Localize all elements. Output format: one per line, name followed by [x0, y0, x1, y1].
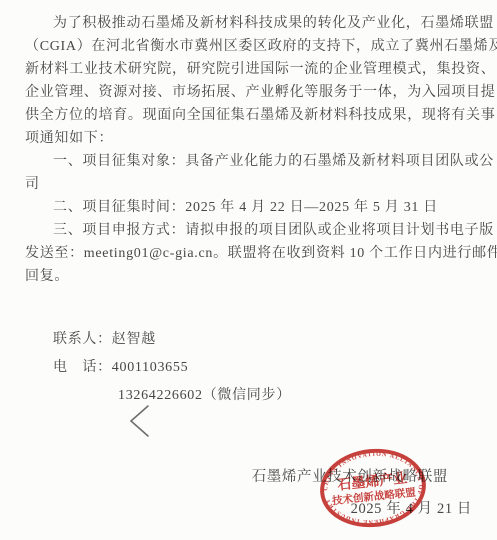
- chevron-left-icon[interactable]: [128, 404, 150, 438]
- item3-line: 发送至：meeting01@c-gia.cn。联盟将在收到资料 10 个工作日内…: [25, 242, 469, 265]
- item1-line: 一、项目征集对象：具备产业化能力的石墨烯及新材料项目团队或公: [25, 150, 469, 173]
- intro-line: （CGIA）在河北省衡水市冀州区委区政府的支持下，成立了冀州石墨烯及: [25, 35, 469, 58]
- alliance-seal-stamp: CHINA INNOVATION ALLIANCE OF THE GRAPHEN…: [300, 429, 446, 540]
- contact-phone: 电 话：4001103655: [53, 354, 469, 382]
- item1-line: 司: [25, 173, 469, 196]
- contact-person: 联系人：赵智越: [53, 326, 469, 354]
- document-page: 为了积极推动石墨烯及新材料科技成果的转化及产业化，石墨烯联盟 （CGIA）在河北…: [0, 0, 497, 540]
- intro-line: 企业管理、资源对接、市场拓展、产业孵化等服务于一体，为入园项目提: [25, 81, 469, 104]
- item3-line: 三、项目申报方式：请拟申报的项目团队或企业将项目计划书电子版: [25, 219, 469, 242]
- item2-line: 二、项目征集时间：2025 年 4 月 22 日—2025 年 5 月 31 日: [25, 196, 469, 219]
- intro-line: 新材料工业技术研究院，研究院引进国际一流的企业管理模式，集投资、: [25, 58, 469, 81]
- item3-line: 回复。: [25, 265, 469, 288]
- contact-phone-mobile: 13264226602（微信同步）: [118, 382, 469, 410]
- intro-line: 项通知如下：: [25, 127, 469, 150]
- intro-line: 供全方位的培育。现面向全国征集石墨烯及新材料科技成果，现将有关事: [25, 104, 469, 127]
- intro-line: 为了积极推动石墨烯及新材料科技成果的转化及产业化，石墨烯联盟: [25, 12, 469, 35]
- notice-body: 为了积极推动石墨烯及新材料科技成果的转化及产业化，石墨烯联盟 （CGIA）在河北…: [25, 12, 469, 410]
- contact-block: 联系人：赵智越 电 话：4001103655 13264226602（微信同步）: [25, 326, 469, 410]
